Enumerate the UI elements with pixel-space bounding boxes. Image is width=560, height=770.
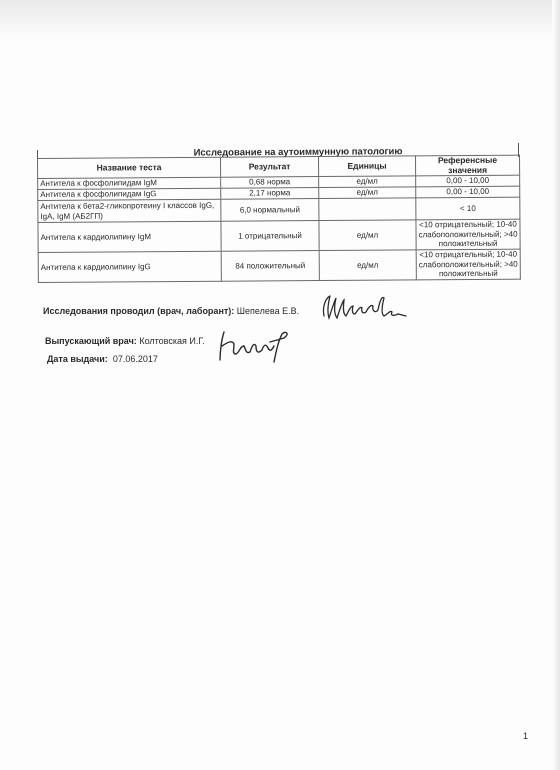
table-row: Антитела к кардиолипину IgM 1 отрицатель… [38,219,520,252]
performed-by-line: Исследования проводил (врач, лаборант): … [43,306,299,316]
test-units: ед/мл [319,187,416,199]
test-units: ед/мл [319,176,416,188]
test-name: Антитела к кардиолипину IgG [38,251,221,282]
column-header: Референсные значения [415,155,519,176]
page-number: 1 [523,731,528,741]
test-result: 1 отрицательный [221,221,319,252]
test-name: Антитела к кардиолипину IgM [38,221,221,252]
test-reference: <10 отрицательный; 10-40 слабоположитель… [416,219,520,250]
test-reference: < 10 [416,197,520,220]
test-result: 0,68 норма [221,177,319,189]
test-units [319,198,416,221]
test-result: 84 положительный [221,251,319,282]
column-header: Результат [220,157,318,178]
test-reference: 0,00 - 10,00 [416,186,520,198]
column-header: Название теста [38,157,221,178]
issue-date-label: Дата выдачи: [47,354,108,364]
report-section: Исследование на аутоиммунную патологию Н… [37,147,519,283]
scan-edge [552,0,560,770]
scan-shadow [0,0,560,40]
test-name: Антитела к бета2-гликопротеину I классов… [38,199,221,222]
performed-by-label: Исследования проводил (врач, лаборант): [43,306,234,316]
signature-koltovskaya [212,324,294,368]
test-units: ед/мл [319,220,416,251]
issue-date-value: 07.06.2017 [113,354,158,364]
releasing-doctor-line: Выпускающий врач: Колтовская И.Г. [45,336,205,346]
performed-by-value: Шепелева Е.В. [237,306,299,316]
test-reference: <10 отрицательный; 10-40 слабоположитель… [416,249,520,280]
table-header-row: Название теста Результат Единицы Референ… [38,155,520,178]
test-result: 6,0 нормальный [221,199,319,222]
table-row: Антитела к кардиолипину IgG 84 положител… [38,249,520,282]
test-reference: 0,00 - 10,00 [416,175,520,187]
issue-date-line: Дата выдачи: 07.06.2017 [47,354,158,364]
test-units: ед/мл [319,250,416,281]
releasing-doctor-value: Колтовская И.Г. [139,336,204,346]
test-result: 2,17 норма [221,188,319,200]
signature-shepeleva [318,292,408,324]
releasing-doctor-label: Выпускающий врач: [45,336,137,346]
column-header: Единицы [318,156,415,177]
results-table: Название теста Результат Единицы Референ… [37,155,521,283]
